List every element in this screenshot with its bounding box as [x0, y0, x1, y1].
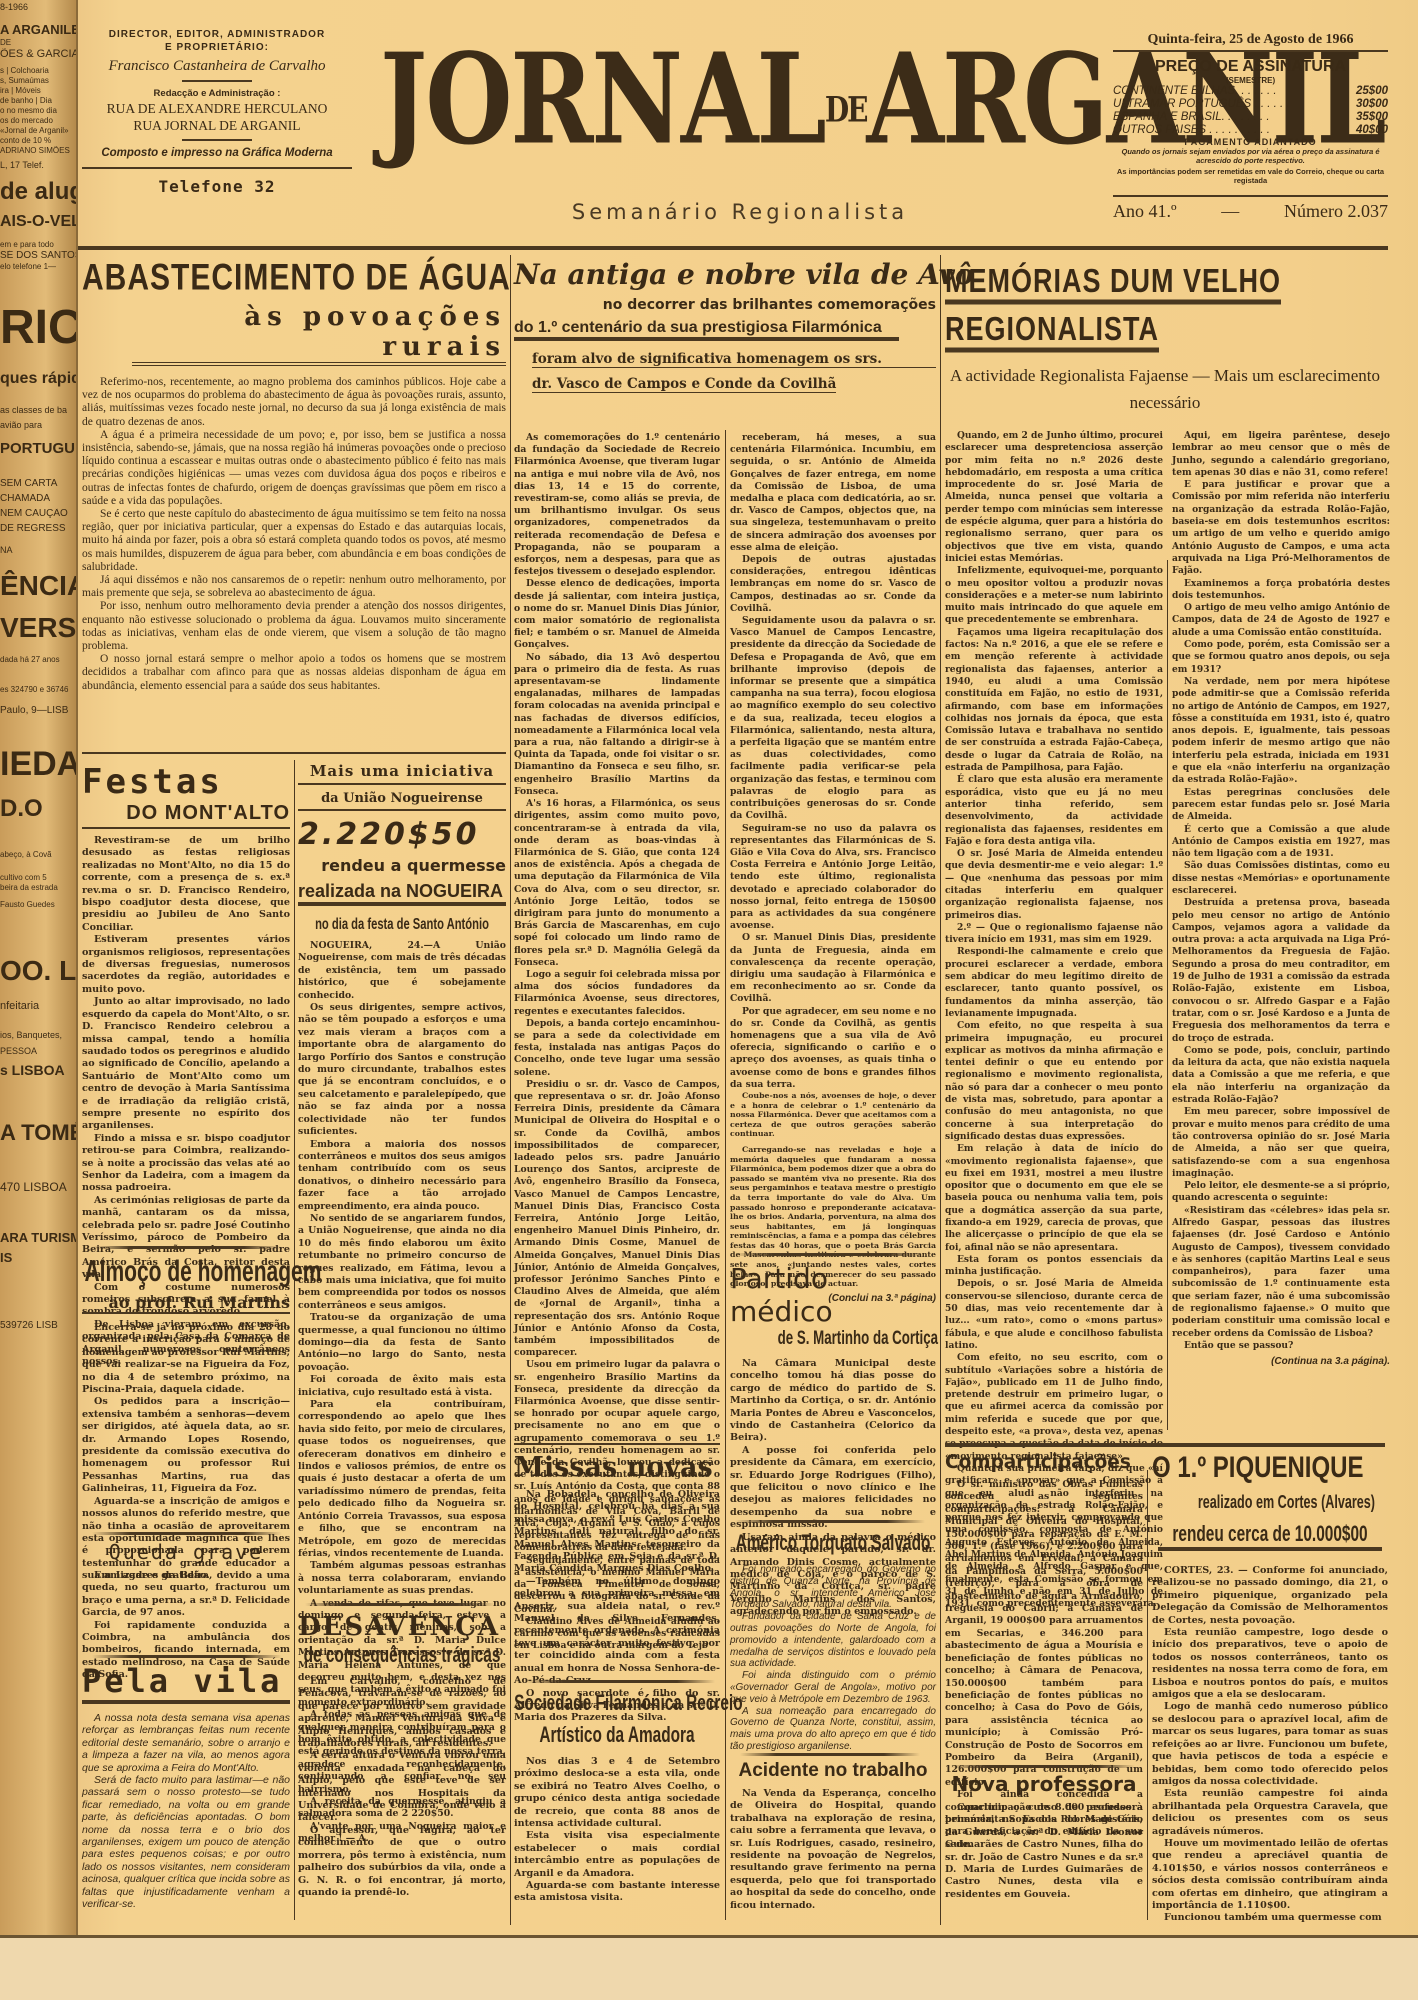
role-line-1: DIRECTOR, EDITOR, ADMINISTRADOR: [82, 28, 352, 41]
paragraph: Presidiu o sr. dr. Vasco de Campos, que …: [514, 1079, 720, 1360]
paragraph: A nossa nota desta semana visa apenas re…: [82, 1712, 290, 1774]
paragraph: Tratou-se da organização de uma quermess…: [298, 1312, 506, 1374]
edge-ad-fragment: SEM CARTA: [0, 478, 78, 489]
paragraph: Já aqui dissémos e não nos cansaremos de…: [82, 574, 506, 600]
paragraph: Aqui, em ligeira parêntese, desejo lembr…: [1172, 430, 1390, 479]
role-line-2: E PROPRIETÁRIO:: [82, 41, 352, 54]
paragraph: Estiveram presentes vários organismos re…: [82, 934, 290, 996]
article-body: Foi nomeado encarregado do Governo no di…: [730, 1564, 936, 1753]
paragraph: Façamos uma ligeira recapitulação dos fa…: [945, 627, 1163, 775]
paragraph: A sua nomeação para encarregado do Gover…: [730, 1706, 936, 1753]
edge-ad-fragment: es 324790 e 36746: [0, 685, 78, 694]
paragraph: Na Câmara Municipal deste concelho tomou…: [730, 1358, 936, 1445]
headline: Pela vila: [82, 1662, 290, 1704]
headline: DESAVENÇA: [298, 1612, 506, 1642]
edge-ad-fragment: ÊNCIA: [0, 570, 78, 602]
edge-ad-fragment: OO. L.DA: [0, 955, 78, 987]
title-de: DE: [825, 89, 867, 130]
edge-ad-fragment: Paulo, 9—LISB: [0, 705, 78, 716]
paragraph: Então que se passou?: [1172, 1340, 1390, 1352]
deck: A actividade Regionalista Fajaense — Mai…: [945, 362, 1385, 416]
edge-ad-fragment: nfeitaria: [0, 1000, 78, 1012]
edge-ad-fragment: s LISBOA: [0, 1062, 78, 1078]
section-rule: [945, 1443, 1385, 1447]
paragraph: Depois, a banda cortejo encaminhou-se pa…: [514, 1018, 720, 1079]
paragraph: 2.º — Que o regionalismo fajaense não ti…: [945, 922, 1163, 947]
ornament-divider: [735, 1520, 925, 1523]
price-value: 40$00: [1356, 124, 1388, 137]
paragraph: Referimo-nos, recentemente, ao magno pro…: [82, 376, 506, 429]
edge-ad-fragment: 539726 LISB: [0, 1320, 78, 1331]
paragraph: Esta reunião campestre foi ainda abrilha…: [1152, 1788, 1388, 1838]
deck: dr. Vasco de Campos e Conde da Covilhã: [532, 376, 836, 393]
article-avo: Na antiga e nobre vila de Avô no decorre…: [514, 258, 936, 393]
price-title: PREÇO DE ASSINATURA: [1113, 58, 1388, 76]
paragraph: O sr. ministro das Obras Públicas conced…: [945, 1479, 1143, 1789]
edge-ad-fragment: A ARGANILEN: [0, 22, 78, 37]
kicker: da União Nogueirense: [298, 785, 506, 811]
article-body: Referimo-nos, recentemente, ao magno pro…: [82, 376, 506, 693]
headline: REGIONALISTA: [945, 310, 1159, 353]
paragraph: Desse elenco de dedicações, importa desd…: [514, 578, 720, 651]
paragraph: A posse foi conferida pelo presidente da…: [730, 1445, 936, 1532]
article-piquenique: O 1.º PIQUENIQUE realizado em Cortes (Al…: [1152, 1452, 1388, 1925]
paragraph: Logo a seguir foi celebrada missa por al…: [514, 969, 720, 1018]
paragraph: Respondi-lhe calmamente e creio que proc…: [945, 946, 1163, 1020]
paragraph: E para justificar e provar que a Comissã…: [1172, 479, 1390, 577]
paragraph: Examinemos a força probatória destes doi…: [1172, 578, 1390, 603]
subheadline: DO MONT'ALTO: [82, 802, 290, 829]
edge-ad-fragment: NA: [0, 545, 78, 555]
price-region: CONTINENTE E ILHAS. . . . . . .: [1113, 85, 1277, 98]
article-avo-col2: receberam, há meses, a sua centenária Fi…: [730, 432, 936, 1305]
paragraph: Em Carvalho, concelho de Penacova, trava…: [298, 1676, 506, 1750]
headline: Partido médico: [730, 1262, 936, 1328]
paragraph: Foi coroada de êxito mais esta iniciativ…: [298, 1374, 506, 1399]
paragraph: Depois, o sr. José Maria de Almeida cons…: [945, 1278, 1163, 1352]
edge-ad-fragment: DE REGRESS: [0, 523, 78, 534]
price-value: 25$00: [1356, 85, 1388, 98]
paragraph: Junto ao altar improvisado, no lado esqu…: [82, 996, 290, 1132]
edge-ad-fragment: avião para: [0, 420, 78, 430]
deck: rendeu cerca de 10.000$00: [1158, 1521, 1382, 1551]
price-region: ESPANHA E BRASIL. . . . . . . .: [1113, 111, 1270, 124]
edge-ad-fragment: 470 LISBOA: [0, 1180, 78, 1194]
edge-ad-fragment: ARA TURISMO, L: [0, 1230, 78, 1245]
edge-ad-fragment: IEDADE: [0, 745, 78, 784]
edge-ad-fragment: s | Colchoaria: [0, 66, 78, 75]
ornament-divider: [525, 1680, 715, 1683]
headline: Nova professora: [945, 1772, 1143, 1796]
headline: ABASTECIMENTO DE ÁGUA: [82, 258, 506, 298]
edge-ad-fragment: RICA: [0, 300, 78, 355]
edge-ad-fragment: A TOMÉ: [0, 1120, 78, 1146]
masthead-rule: [78, 246, 1388, 250]
paragraph: Na Venda da Esperança, concelho de Olive…: [730, 1788, 936, 1912]
edge-ad-fragment: 8-1966: [0, 2, 78, 12]
article-body: Nos dias 3 e 4 de Setembro próximo deslo…: [514, 1756, 720, 1905]
price-value: 35$00: [1356, 111, 1388, 124]
headline: Na antiga e nobre vila de Avô: [514, 258, 936, 291]
article-missas-novas: Missas novas Na Bobadela, concelho de Ol…: [514, 1452, 720, 1725]
paragraph: O nosso jornal estará sempre o melhor ap…: [82, 653, 506, 693]
price-row: ULTRAMAR PORTUGUÊS . . . . . .30$00: [1113, 98, 1388, 111]
year-label: Ano 41.º: [1113, 201, 1177, 222]
edge-ad-fragment: as classes de ba: [0, 405, 78, 415]
address-line-1: RUA DE ALEXANDRE HERCULANO: [82, 100, 352, 117]
edge-ad-fragment: NEM CAUÇÃO: [0, 508, 78, 519]
paragraph: Infelizmente, equivoquei-me, porquanto o…: [945, 565, 1163, 626]
column-rule: [940, 255, 941, 1925]
remittance-note: As importâncias podem ser remetidas em v…: [1113, 167, 1388, 185]
paragraph: Na Bobadela, concelho de Oliveira do Hos…: [514, 1489, 720, 1576]
masthead-publisher-info: DIRECTOR, EDITOR, ADMINISTRADOR E PROPRI…: [82, 28, 352, 196]
edge-ad-fragment: SÉ DOS SANTOS: [0, 250, 78, 261]
headline: Almoço de homenagem: [85, 1255, 288, 1289]
paragraph: Concluiu o curso de professora primária,…: [945, 1802, 1143, 1901]
edge-ad-fragment: em e para todo: [0, 240, 78, 249]
paragraph: Também algumas pessoas estranhas à nossa…: [298, 1560, 506, 1597]
payment-note: PAGAMENTO ADIANTADO: [1113, 137, 1388, 147]
article-pela-vila: Pela vila A nossa nota desta semana visa…: [82, 1662, 290, 1911]
paragraph: Depois de outras ajustadas considerações…: [730, 554, 936, 615]
deck: realizada na NOGUEIRA: [298, 881, 506, 906]
director-name: Francisco Castanheira de Carvalho: [82, 58, 352, 75]
paragraph: É claro que esta alusão era meramente es…: [945, 774, 1163, 848]
edge-ad-fragment: beira da estrada: [0, 883, 78, 892]
paragraph: Na verdade, nem por mera hipótese pode a…: [1172, 676, 1390, 787]
ornament-divider: [950, 1765, 1135, 1768]
issue-number-line: Ano 41.º — Número 2.037: [1113, 195, 1388, 222]
paragraph: Nos dias 3 e 4 de Setembro próximo deslo…: [514, 1756, 720, 1830]
paragraph: NOGUEIRA, 24.—A União Nogueirense, com m…: [298, 940, 506, 1002]
address-line-2: RUA JORNAL DE ARGANIL: [82, 117, 352, 134]
ornament-divider: [92, 1532, 282, 1535]
kicker: Mais uma iniciativa: [298, 762, 506, 785]
article-memorias-col2: Aqui, em ligeira parêntese, desejo lembr…: [1172, 430, 1390, 1369]
paragraph: Encerra-se já no próximo dia 28 do corre…: [82, 1322, 290, 1396]
edge-ad-fragment: PESSOA: [0, 1046, 78, 1056]
paragraph: O sr. Manuel Dinis Dias, presidente da J…: [730, 932, 936, 1005]
paragraph: Foi ainda distinguido com o prémio «Gove…: [730, 1670, 936, 1705]
dash: —: [1221, 201, 1239, 222]
deck: do 1.º centenário da sua prestigiosa Fil…: [514, 319, 899, 341]
deck: no dia da festa de Santo António: [311, 916, 493, 934]
paragraph: Em meu parecer, sobre impossível de prov…: [1172, 1106, 1390, 1180]
headline: Comparticipações: [945, 1452, 1143, 1473]
column-rule: [725, 430, 726, 1470]
edge-ad-fragment: IS: [0, 1250, 78, 1265]
amount-headline: 2.220$50: [298, 817, 506, 852]
column-rule: [294, 760, 295, 1920]
edge-ad-fragment: ADRIANO SIMÕES: [0, 146, 78, 155]
price-row: ESPANHA E BRASIL. . . . . . . .35$00: [1113, 111, 1388, 124]
printer-line: Composto e impresso na Gráfica Moderna: [82, 147, 352, 159]
title-jornal: JORNAL: [380, 25, 825, 173]
edge-ad-fragment: AIS-O-VEL: [0, 213, 78, 231]
edge-ad-fragment: dada há 27 anos: [0, 655, 78, 664]
article-body: Concluiu o curso de professora primária,…: [945, 1802, 1143, 1901]
article-body: A nossa nota desta semana visa apenas re…: [82, 1712, 290, 1911]
subheadline: de consequências trágicas: [301, 1642, 504, 1668]
article-acidente: Acidente no trabalho Na Venda da Esperan…: [730, 1760, 936, 1912]
edge-ad-fragment: L, 17 Telef.: [0, 160, 78, 170]
divider: [82, 167, 352, 169]
issue-number: Número 2.037: [1284, 201, 1388, 222]
paragraph: Quando, em 2 de Junho último, procurei e…: [945, 430, 1163, 565]
paragraph: Estas peregrinas conclusões dele parecem…: [1172, 787, 1390, 824]
paragraph: Esta foram os pontos essenciais da minha…: [945, 1254, 1163, 1279]
subheadline: de S. Martinho da Cortiça: [742, 1328, 938, 1350]
article-desavenca: DESAVENÇA de consequências trágicas Em C…: [298, 1612, 506, 1899]
paragraph: A água é a primeira necessidade de um po…: [82, 429, 506, 508]
edge-ad-fragment: os do mercado: [0, 116, 78, 125]
headline: Queda grave: [82, 1540, 290, 1564]
paragraph: Em Lagares da Beira, devido a uma queda,…: [82, 1570, 290, 1620]
previous-page-edge: 8-1966A ARGANILENDEÕES & GARCIAs | Colch…: [0, 0, 78, 1935]
airmail-note: Quando os jornais sejam enviados por via…: [1113, 147, 1388, 165]
newspaper-subtitle: Semanário Regionalista: [460, 200, 1020, 224]
article-memorias-col1: Quando, em 2 de Junho último, procurei e…: [945, 430, 1163, 1611]
deck: realizado em Cortes (Alvares): [1165, 1492, 1375, 1513]
edge-ad-fragment: conto de 10 %: [0, 136, 78, 145]
paragraph: Revestiram-se de um brilho desusado as f…: [82, 835, 290, 934]
article-body: Na Venda da Esperança, concelho de Olive…: [730, 1788, 936, 1912]
paragraph: Esta visita visa especialmente estabelec…: [514, 1830, 720, 1880]
headline: O 1.º PIQUENIQUE: [1152, 1452, 1388, 1485]
paragraph: Findo a missa e sr. bispo coadjutor reti…: [82, 1133, 290, 1195]
paragraph: Fundador da cidade de Santa Cruz e de ou…: [730, 1611, 936, 1670]
paragraph: Logo de manhã cedo numeroso público se d…: [1152, 1701, 1388, 1788]
issue-date: Quinta-feira, 25 de Agosto de 1966: [1113, 32, 1388, 52]
paragraph: Foi nomeado encarregado do Governo no di…: [730, 1564, 936, 1611]
paragraph: A certa altura o Ventura vibrou uma viol…: [298, 1750, 506, 1824]
article-americo: Américo Torquato Salvado Foi nomeado enc…: [730, 1530, 936, 1753]
paragraph: Seguidamente usou da palavra o sr. Vasco…: [730, 615, 936, 822]
article-body: CORTES, 23. — Conforme foi anunciado, re…: [1152, 1565, 1388, 1925]
headline: Festas: [82, 762, 290, 802]
edge-ad-fragment: abeço, à Covã: [0, 850, 78, 859]
deck: foram alvo de significativa homenagem os…: [532, 351, 936, 368]
paragraph: Pelo leitor, ele desmente-se a si própri…: [1172, 1180, 1390, 1205]
edge-ad-fragment: de banho | Dia: [0, 96, 78, 105]
price-region: OUTROS PAISES . . . . . . . . . .: [1113, 124, 1270, 137]
paragraph: Seguiram-se no uso da palavra os represe…: [730, 823, 936, 933]
paragraph: «Resistiram das «célebres» idas pela sr.…: [1172, 1205, 1390, 1340]
paragraph: As comemorações do 1.º centenário da fun…: [514, 432, 720, 578]
paragraph: Funcionou também uma quermesse com: [1152, 1912, 1388, 1924]
masthead-subscription-info: Quinta-feira, 25 de Agosto de 1966 PREÇO…: [1113, 32, 1388, 222]
divider: [182, 80, 252, 82]
paragraph: receberam, há meses, a sua centenária Fi…: [730, 432, 936, 554]
subheadline: ao prof. Rui Martins: [82, 1293, 290, 1314]
paragraph: Destruída a pretensa prova, baseada pelo…: [1172, 897, 1390, 1045]
paragraph: Embora a maioria dos nossos conterrâneos…: [298, 1139, 506, 1213]
paragraph: Por isso, nenhum outro melhoramento devi…: [82, 600, 506, 653]
phone-number: Telefone 32: [82, 177, 352, 196]
ornament-divider: [305, 1603, 495, 1606]
paragraph: Houve um movimentado leilão de ofertas q…: [1152, 1838, 1388, 1912]
article-abastecimento: ABASTECIMENTO DE ÁGUA às povoações rurai…: [82, 258, 506, 693]
paragraph: O sr. José Maria de Almeida entendeu que…: [945, 848, 1163, 922]
headline: Acidente no trabalho: [730, 1760, 936, 1782]
divider: [182, 139, 252, 141]
headline: Sociedade Filarmónica Recreio: [514, 1690, 720, 1716]
section-rule: [514, 1443, 720, 1445]
edge-ad-fragment: o no mesmo dia: [0, 106, 78, 115]
subheadline: às povoações rurais: [132, 302, 506, 366]
paragraph: O artigo de meu velho amigo António de C…: [1172, 602, 1390, 639]
edge-ad-fragment: de alugu: [0, 178, 78, 206]
paragraph: No sábado, dia 13 Avô despertou para o p…: [514, 652, 720, 798]
paragraph: Aguarda-se com bastante interesse esta a…: [514, 1880, 720, 1905]
column-rule: [510, 255, 511, 1925]
paragraph: Se é certo que neste capítulo do abastec…: [82, 508, 506, 574]
headline: Américo Torquato Salvado: [735, 1530, 931, 1556]
newspaper-title: JORNALDEARGANIL: [380, 30, 1100, 179]
edge-ad-fragment: s, Sumaúmas: [0, 76, 78, 85]
edge-ad-fragment: ira | Móveis: [0, 86, 78, 95]
paragraph: Os pedidos para a inscrição—extensiva ta…: [82, 1396, 290, 1495]
price-value: 30$00: [1356, 98, 1388, 111]
headline: Missas novas: [514, 1452, 720, 1483]
paragraph: No sentido de se angariarem fundos, a Un…: [298, 1213, 506, 1312]
ornament-divider: [735, 1253, 925, 1256]
edge-ad-fragment: ques rápidos: [0, 370, 78, 388]
headline: Artístico da Amadora: [514, 1722, 720, 1748]
edge-ad-fragment: ios, Banquetes,: [0, 1030, 78, 1040]
ornament-divider: [740, 1753, 920, 1756]
paragraph: Os seus dirigentes, sempre activos, não …: [298, 1002, 506, 1138]
price-row: OUTROS PAISES . . . . . . . . . .40$00: [1113, 124, 1388, 137]
paragraph: Com efeito, no que respeita à sua primei…: [945, 1020, 1163, 1143]
paragraph: A's 16 horas, a Filarmónica, os seus dir…: [514, 798, 720, 969]
price-region: ULTRAMAR PORTUGUÊS . . . . . .: [1113, 98, 1290, 111]
deck: rendeu a quermesse: [298, 856, 506, 875]
edge-ad-fragment: D.O: [0, 795, 78, 823]
edge-ad-fragment: Fausto Guedes: [0, 900, 78, 909]
paragraph: Como pode, porém, esta Comissão ser a qu…: [1172, 639, 1390, 676]
continued-note: (Continua na 3.a página).: [1172, 1356, 1390, 1368]
ornament-divider: [92, 1655, 282, 1658]
paragraph: Será de facto muito para lastimar—e não …: [82, 1774, 290, 1910]
edge-ad-fragment: elo telefone 1—: [0, 262, 78, 271]
edge-ad-fragment: cultivo com 5: [0, 873, 78, 882]
scanner-background: [0, 1935, 1418, 2000]
paragraph: Em relação à data de início do «moviment…: [945, 1143, 1163, 1254]
edge-ad-fragment: «Jornal de Arganil»: [0, 126, 78, 135]
article-nova-professora: Nova professora Concluiu o curso de prof…: [945, 1772, 1143, 1901]
article-sociedade: Sociedade Filarmónica Recreio Artístico …: [514, 1690, 720, 1905]
paragraph: É certo que a Comissão a que alude Antón…: [1172, 824, 1390, 861]
edge-ad-fragment: VERSO: [0, 612, 78, 644]
article-memorias: MEMÓRIAS DUM VELHO REGIONALISTA A activi…: [945, 262, 1385, 416]
ornament-divider: [92, 1246, 282, 1249]
paragraph: Coube-nos a nós, avoenses de hoje, o dev…: [730, 1091, 936, 1139]
section-rule: [82, 752, 506, 754]
paragraph: Para ela contribuíram, correspondendo ao…: [298, 1399, 506, 1560]
headline: MEMÓRIAS DUM VELHO: [945, 262, 1281, 305]
paragraph: São duas Comissões distintas, como eu di…: [1172, 860, 1390, 897]
edge-ad-fragment: CHAMADA: [0, 493, 78, 504]
article-body: Em Carvalho, concelho de Penacova, trava…: [298, 1676, 506, 1899]
paragraph: O agressor, que fugira, ao ter conhecime…: [298, 1825, 506, 1899]
deck: no decorrer das brilhantes comemorações: [514, 297, 936, 313]
edge-ad-fragment: DE: [0, 38, 78, 47]
paragraph: Como se pode, pois, concluir, partindo d…: [1172, 1045, 1390, 1106]
paragraph: Por que agradecer, em seu nome e no do s…: [730, 1006, 936, 1091]
paragraph: CORTES, 23. — Conforme foi anunciado, re…: [1152, 1565, 1388, 1627]
redaccao-label: Redacção e Administração :: [82, 87, 352, 100]
price-row: CONTINENTE E ILHAS. . . . . . .25$00: [1113, 85, 1388, 98]
edge-ad-fragment: ÕES & GARCIA: [0, 48, 78, 60]
edge-ad-fragment: PORTUGUES: [0, 440, 78, 457]
article-queda: Queda grave Em Lagares da Beira, devido …: [82, 1540, 290, 1682]
paragraph: —Também no último domingo celebrou a sua…: [514, 1576, 720, 1688]
column-rule: [1167, 560, 1168, 1430]
paragraph: Esta reunião campestre, logo desde o iní…: [1152, 1627, 1388, 1701]
price-period: (SEMESTRE): [1113, 76, 1388, 85]
